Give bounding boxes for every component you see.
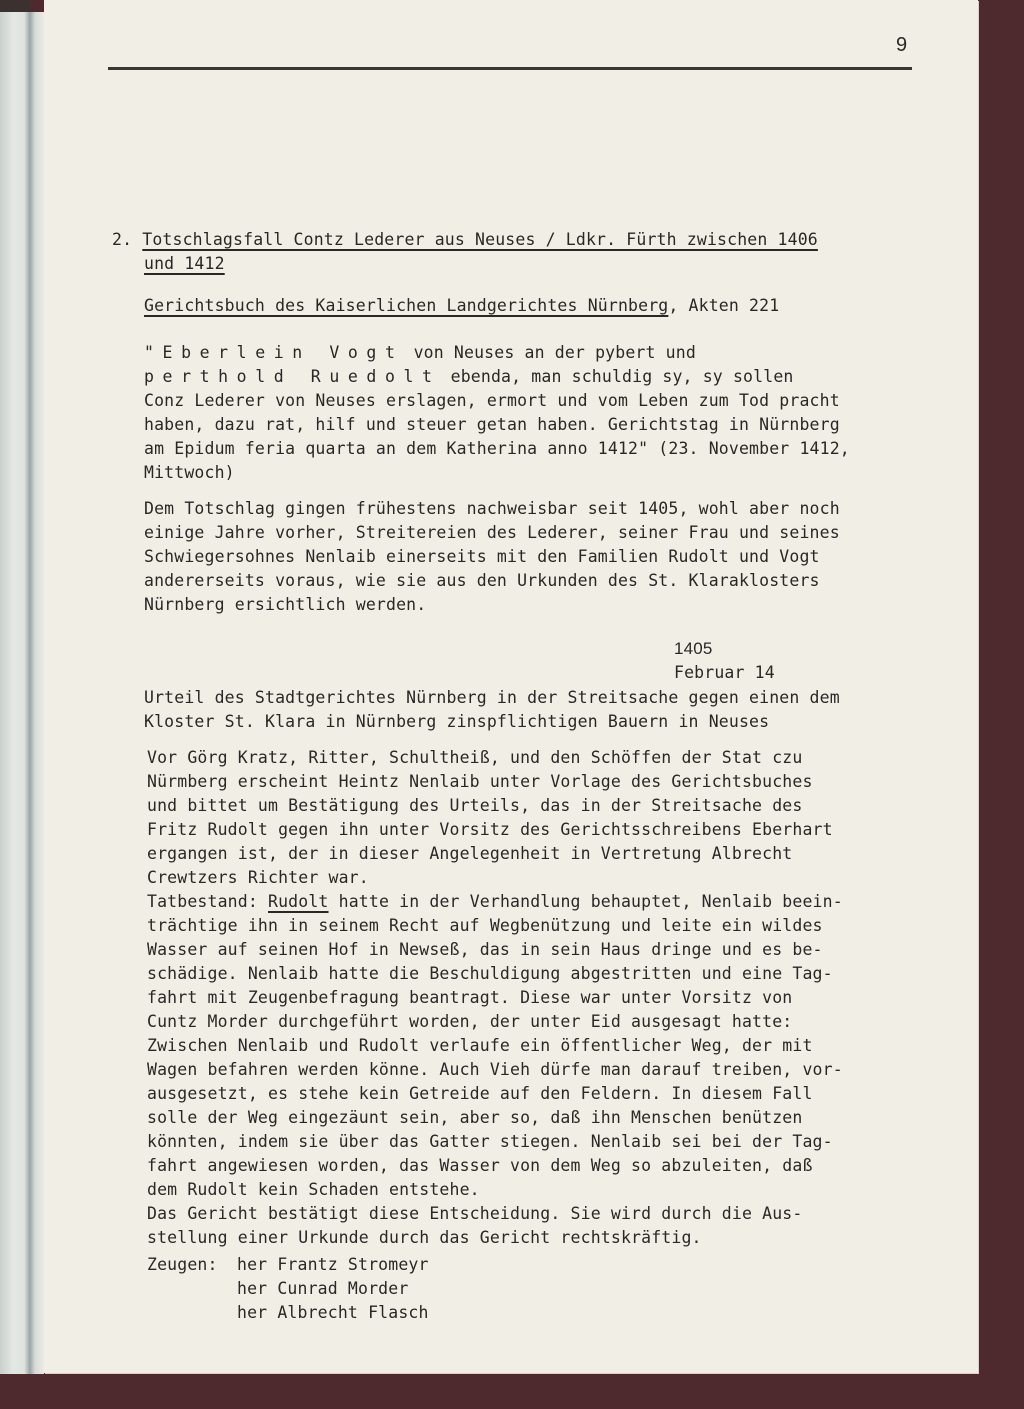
tatbestand-line: Das Gericht bestätigt diese Entscheidung… <box>147 1202 802 1226</box>
quote-text: von Neuses an der pybert und <box>403 343 695 362</box>
body-line: ergangen ist, der in dieser Angelegenhei… <box>147 842 792 866</box>
section-heading: 2. Totschlagsfall Contz Lederer aus Neus… <box>112 228 818 252</box>
tatbestand-first-line: Tatbestand: Rudolt hatte in der Verhandl… <box>147 890 843 914</box>
entry-date: Februar 14 <box>674 661 775 685</box>
document-page: 9 2. Totschlagsfall Contz Lederer aus Ne… <box>44 0 978 1373</box>
paragraph-line: Schwiegersohnes Nenlaib einerseits mit d… <box>144 545 820 569</box>
paragraph-line: andererseits voraus, wie sie aus den Urk… <box>144 569 820 593</box>
witness-name: her Frantz Stromeyr <box>237 1253 429 1277</box>
entry-year: 1405 <box>674 637 712 661</box>
quote-name-vogt: "Eberlein Vogt <box>144 343 403 362</box>
tatbestand-line: schädige. Nenlaib hatte die Beschuldigun… <box>147 962 833 986</box>
paragraph-line: Dem Totschlag gingen frühestens nachweis… <box>144 497 840 521</box>
body-line: Vor Görg Kratz, Ritter, Schultheiß, und … <box>147 746 802 770</box>
tatbestand-line: ausgesetzt, es stehe kein Getreide auf d… <box>147 1082 813 1106</box>
paragraph-line: einige Jahre vorher, Streitereien des Le… <box>144 521 840 545</box>
body-line: Nürmberg erscheint Heintz Nenlaib unter … <box>147 770 813 794</box>
quote-line: Mittwoch) <box>144 461 235 485</box>
witness-name: her Cunrad Morder <box>237 1277 408 1301</box>
tatbestand-line: trächtige ihn in seinem Recht auf Wegben… <box>147 914 823 938</box>
tatbestand-label: Tatbestand: <box>147 892 268 911</box>
quote-text: ebenda, man schuldig sy, sy sollen <box>441 367 794 386</box>
quote-line: perthold Ruedolt ebenda, man schuldig sy… <box>144 365 793 389</box>
quote-line: Conz Lederer von Neuses erslagen, ermort… <box>144 389 840 413</box>
quote-line: am Epidum feria quarta an dem Katherina … <box>144 437 850 461</box>
source-title: Gerichtsbuch des Kaiserlichen Landgerich… <box>144 296 668 315</box>
quote-line: "Eberlein Vogt von Neuses an der pybert … <box>144 341 696 365</box>
source-suffix: , Akten 221 <box>668 296 779 315</box>
page-number: 9 <box>896 34 907 57</box>
tatbestand-line: fahrt angewiesen worden, das Wasser von … <box>147 1154 813 1178</box>
body-line: Fritz Rudolt gegen ihn unter Vorsitz des… <box>147 818 833 842</box>
tatbestand-line: Wasser auf seinen Hof in Newseß, das in … <box>147 938 823 962</box>
entry-summary-line: Urteil des Stadtgerichtes Nürnberg in de… <box>144 686 840 710</box>
entry-summary-line: Kloster St. Klara in Nürnberg zinspflich… <box>144 710 769 734</box>
section-heading-cont: und 1412 <box>144 252 225 276</box>
quote-line: haben, dazu rat, hilf und steuer getan h… <box>144 413 840 437</box>
body-line: und bittet um Bestätigung des Urteils, d… <box>147 794 802 818</box>
section-title-line2: und 1412 <box>144 254 225 273</box>
section-number: 2. <box>112 230 132 249</box>
quote-name-ruedolt: perthold Ruedolt <box>144 367 441 386</box>
tatbestand-line: Cuntz Morder durchgeführt worden, der un… <box>147 1010 792 1034</box>
tatbestand-line: stellung einer Urkunde durch das Gericht… <box>147 1226 702 1250</box>
witness-name: her Albrecht Flasch <box>237 1301 429 1325</box>
tatbestand-line: Zwischen Nenlaib und Rudolt verlaufe ein… <box>147 1034 813 1058</box>
body-line: Crewtzers Richter war. <box>147 866 369 890</box>
tatbestand-line: solle der Weg eingezäunt sein, aber so, … <box>147 1106 802 1130</box>
tatbestand-line: fahrt mit Zeugenbefragung beantragt. Die… <box>147 986 792 1010</box>
header-rule <box>108 67 912 70</box>
book-binding <box>0 12 44 1374</box>
tatbestand-line: dem Rudolt kein Schaden entstehe. <box>147 1178 480 1202</box>
paragraph-line: Nürnberg ersichtlich werden. <box>144 593 426 617</box>
witnesses-label: Zeugen: <box>147 1253 218 1277</box>
source-citation: Gerichtsbuch des Kaiserlichen Landgerich… <box>144 294 779 318</box>
tatbestand-text: hatte in der Verhandlung behauptet, Nenl… <box>329 892 843 911</box>
tatbestand-line: könnten, indem sie über das Gatter stieg… <box>147 1130 833 1154</box>
tatbestand-line: Wagen befahren werden könne. Auch Vieh d… <box>147 1058 843 1082</box>
tatbestand-name: Rudolt <box>268 892 329 911</box>
section-title-line1: Totschlagsfall Contz Lederer aus Neuses … <box>142 230 818 249</box>
